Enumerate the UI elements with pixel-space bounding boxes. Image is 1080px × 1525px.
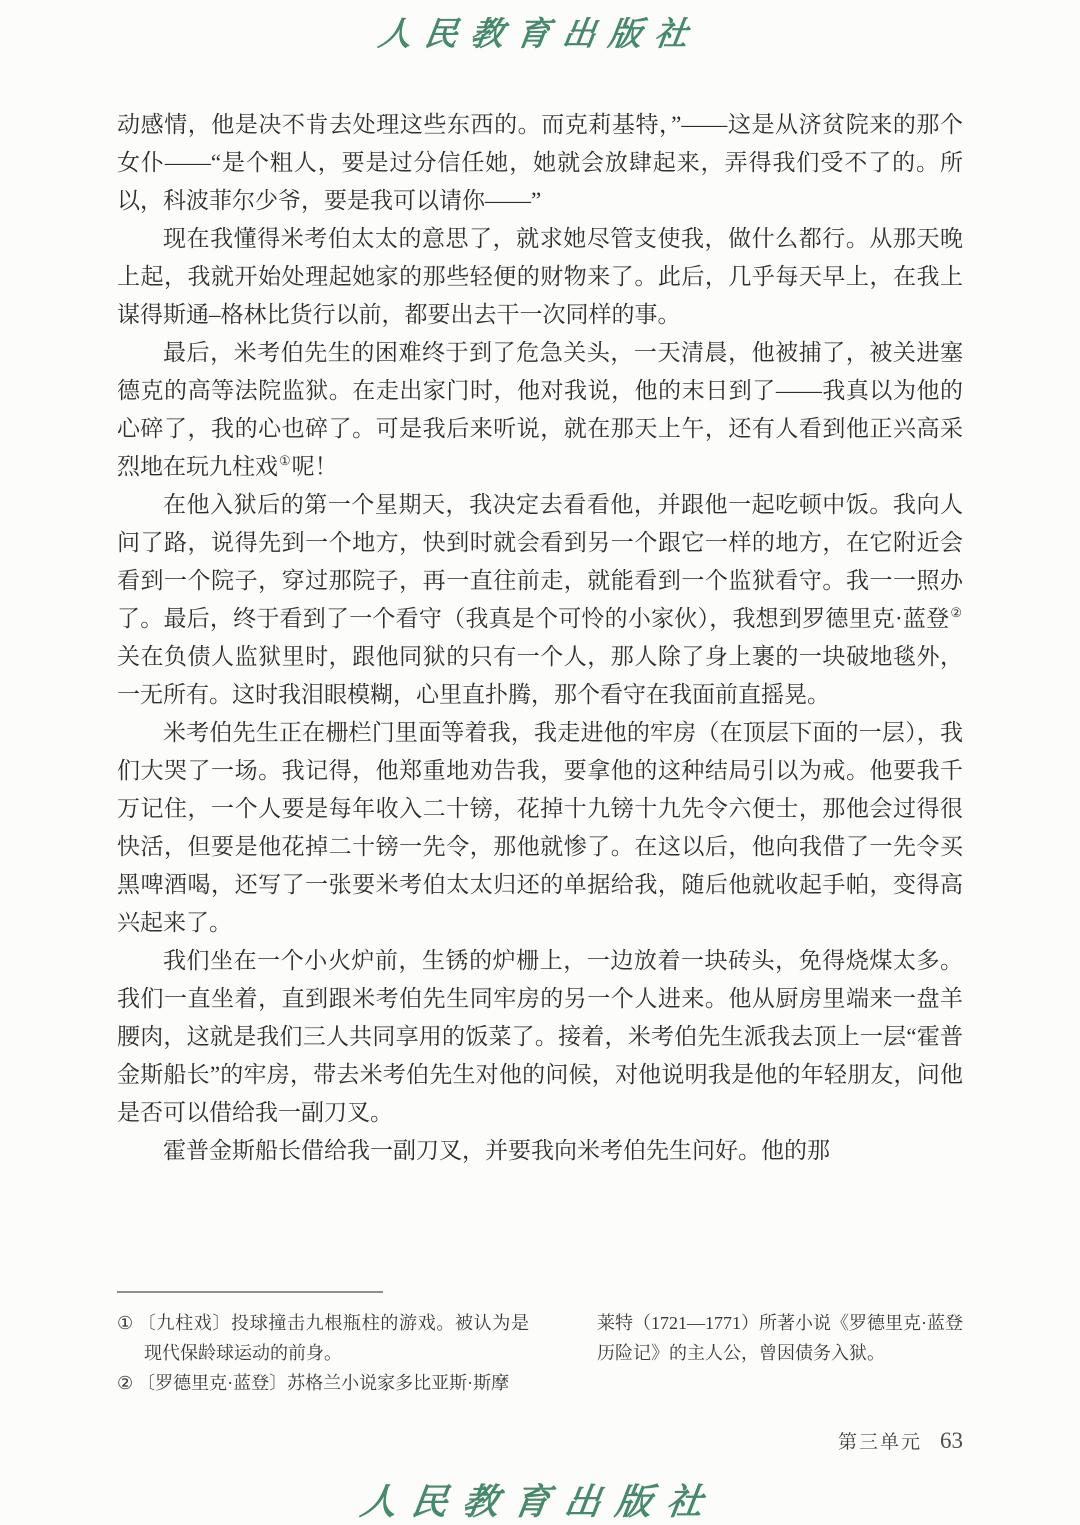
page-footer: 第三单元 63 (838, 1427, 963, 1454)
footnote-item: ①〔九柱戏〕投球撞击九根瓶柱的游戏。被认为是现代保龄球运动的前身。 (117, 1308, 529, 1368)
paragraph: 动感情，他是决不肯去处理这些东西的。而克莉基特，”——这是从济贫院来的那个女仆—… (117, 106, 963, 220)
body-text: 动感情，他是决不肯去处理这些东西的。而克莉基特，”——这是从济贫院来的那个女仆—… (117, 106, 963, 1170)
footnote-reference: ② (949, 605, 963, 620)
footnote-marker: ② (117, 1373, 133, 1393)
publisher-logo-top: 人民教育出版社 (0, 8, 1080, 55)
unit-label: 第三单元 (838, 1427, 922, 1454)
paragraph: 米考伯先生正在栅栏门里面等着我，我走进他的牢房（在顶层下面的一层），我们大哭了一… (117, 714, 963, 942)
paragraph: 我们坐在一个小火炉前，生锈的炉栅上，一边放着一块砖头，免得烧煤太多。我们一直坐着… (117, 942, 963, 1132)
paragraph: 在他入狱后的第一个星期天，我决定去看看他，并跟他一起吃顿中饭。我向人问了路，说得… (117, 486, 963, 714)
footnote-marker: ① (117, 1313, 134, 1333)
paragraph: 最后，米考伯先生的困难终于到了危急关头，一天清晨，他被捕了，被关进塞德克的高等法… (117, 334, 963, 486)
publisher-logo-calligraphy: 人民教育出版社 (376, 8, 705, 55)
footnotes-left-column: ①〔九柱戏〕投球撞击九根瓶柱的游戏。被认为是现代保龄球运动的前身。②〔罗德里克·… (117, 1308, 529, 1398)
footnotes-section: ①〔九柱戏〕投球撞击九根瓶柱的游戏。被认为是现代保龄球运动的前身。②〔罗德里克·… (117, 1291, 963, 1398)
footnote-separator-rule (117, 1291, 383, 1293)
paragraph: 现在我懂得米考伯太太的意思了，就求她尽管支使我，做什么都行。从那天晚上起，我就开… (117, 220, 963, 334)
publisher-logo-bottom: 人民教育出版社 (0, 1474, 1080, 1525)
footnote-item: ②〔罗德里克·蓝登〕苏格兰小说家多比亚斯·斯摩 (117, 1368, 529, 1398)
publisher-logo-calligraphy: 人民教育出版社 (358, 1474, 722, 1525)
footnote-reference: ① (278, 453, 292, 468)
paragraph: 霍普金斯船长借给我一副刀叉，并要我向米考伯先生问好。他的那 (117, 1132, 963, 1170)
page-number: 63 (940, 1428, 963, 1454)
textbook-page: 人民教育出版社 动感情，他是决不肯去处理这些东西的。而克莉基特，”——这是从济贫… (0, 0, 1080, 1525)
footnote-columns: ①〔九柱戏〕投球撞击九根瓶柱的游戏。被认为是现代保龄球运动的前身。②〔罗德里克·… (117, 1308, 963, 1398)
footnotes-right-column: 莱特（1721—1771）所著小说《罗德里克·蓝登历险记》的主人公，曾因债务入狱… (597, 1308, 963, 1368)
